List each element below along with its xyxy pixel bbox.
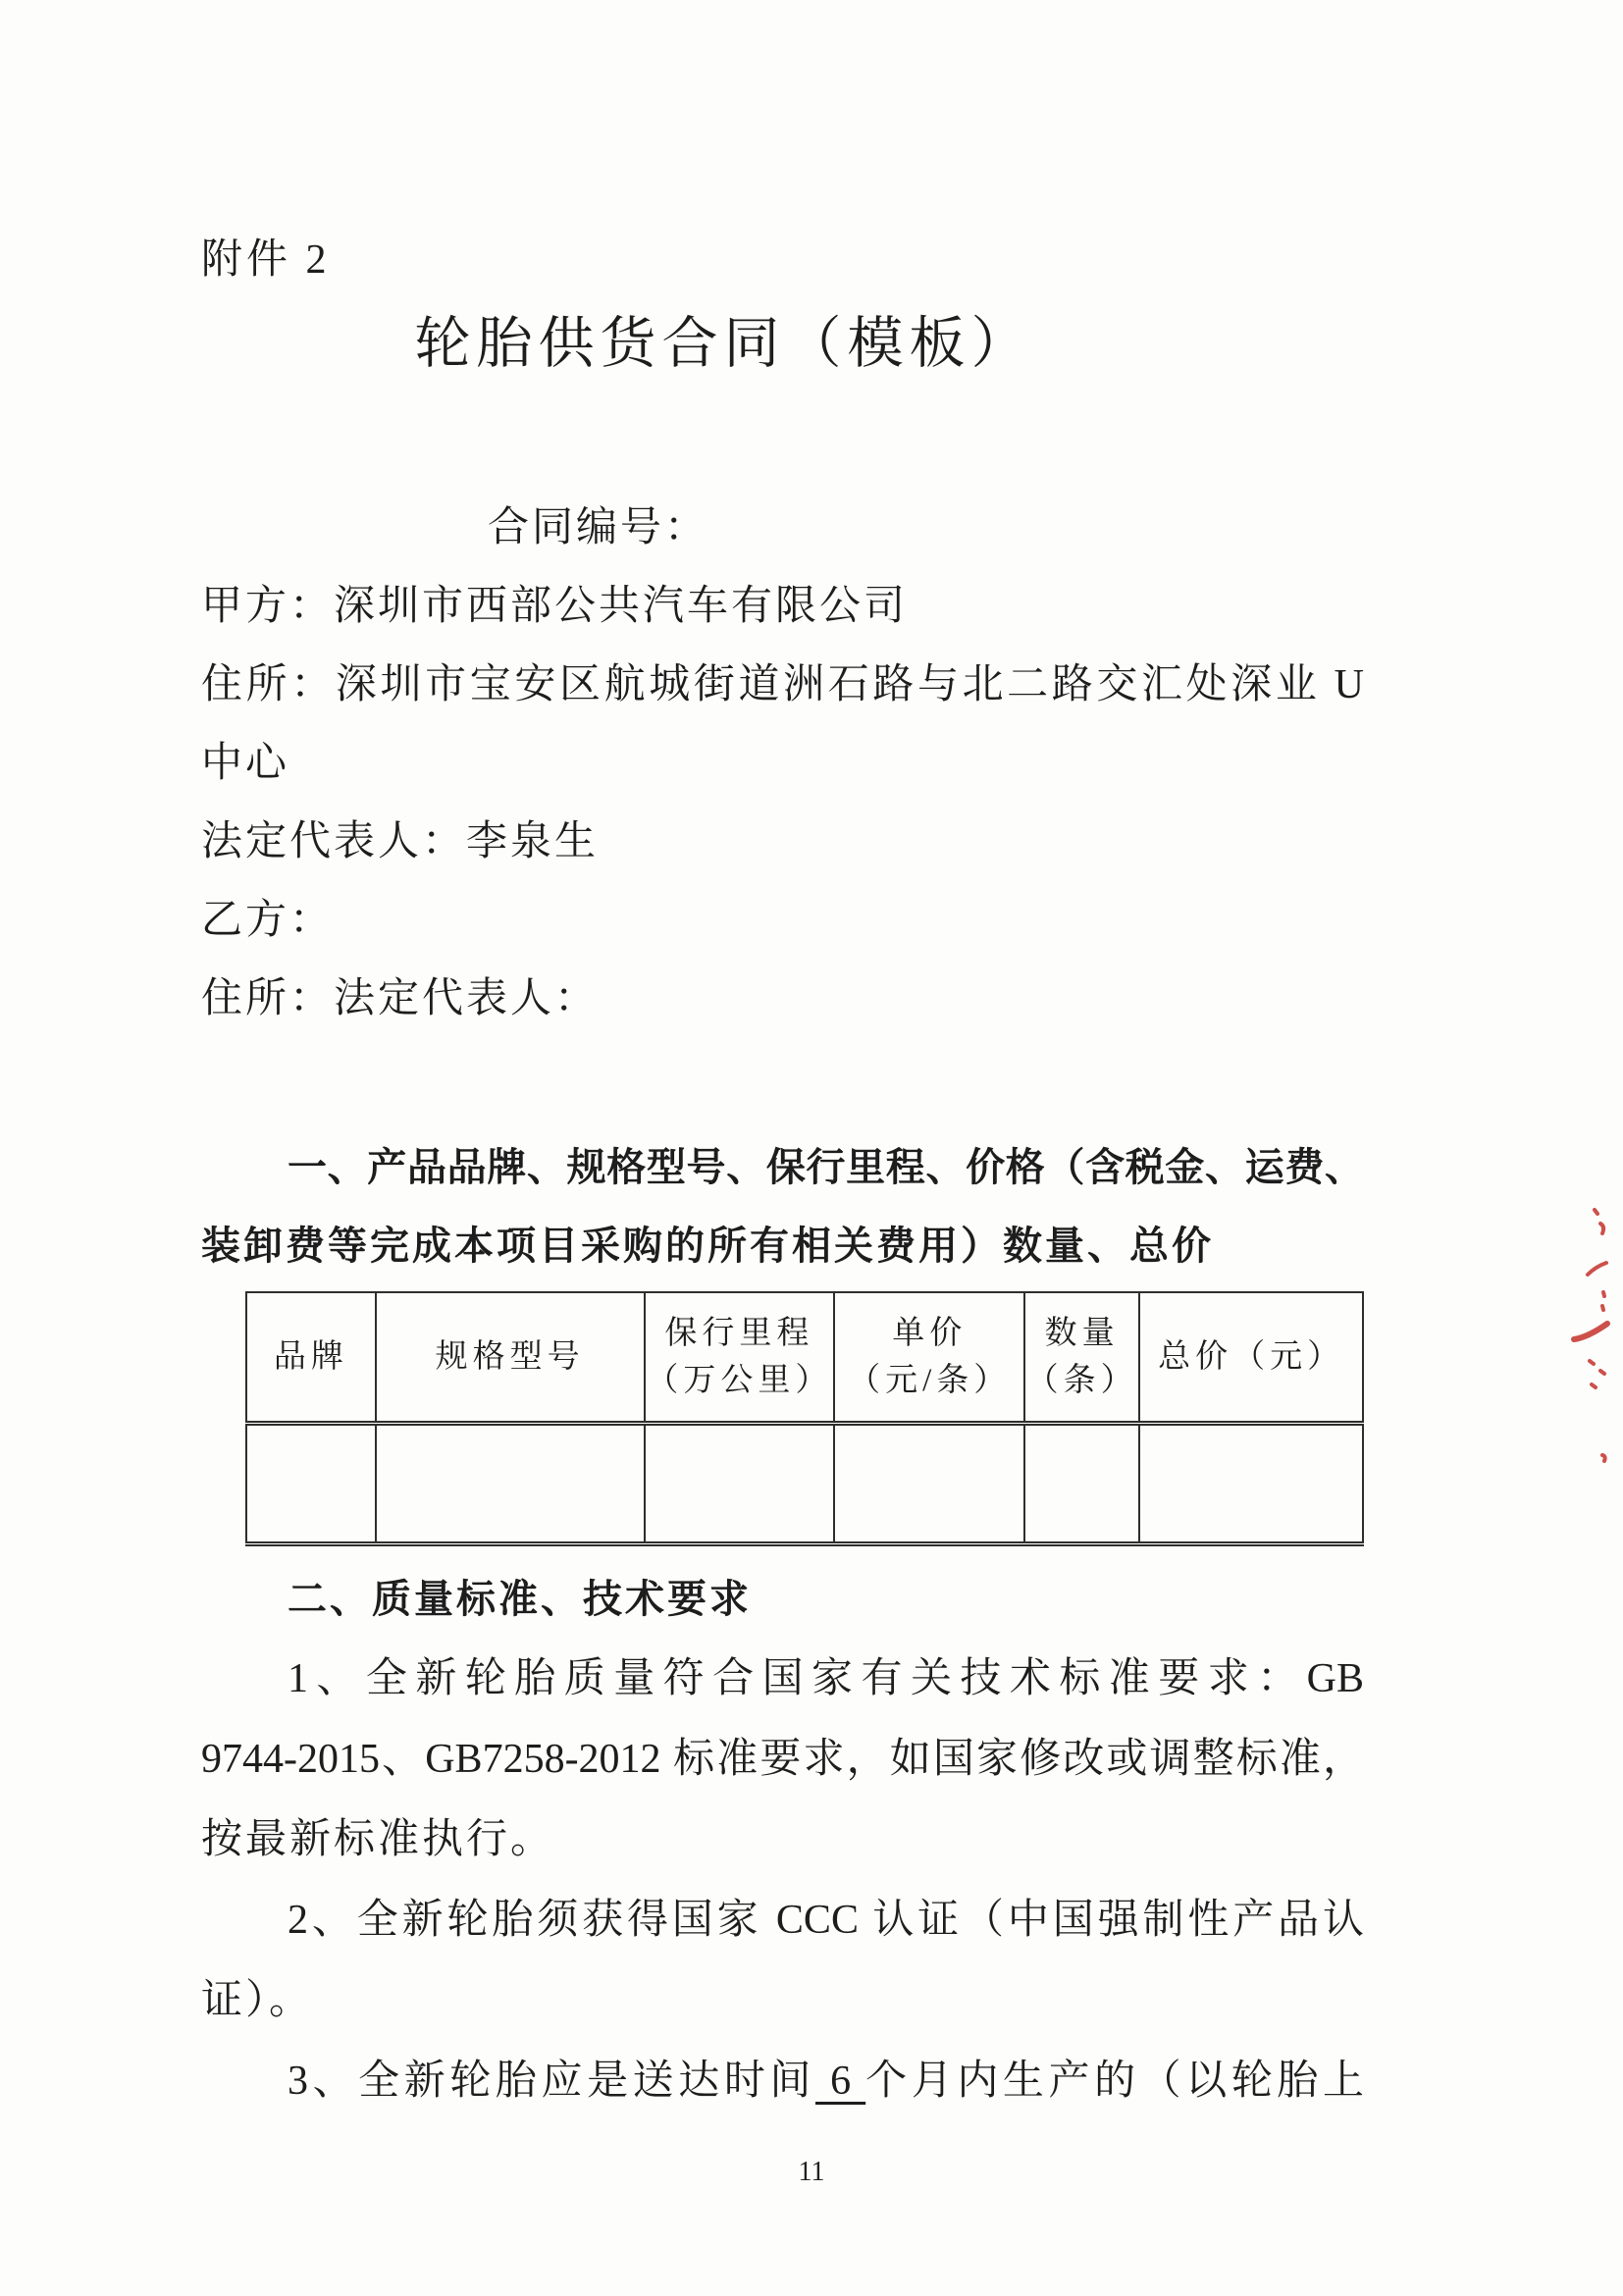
table-header-row: 品牌 规格型号 保行里程 （万公里） 单价 （元/条）	[246, 1292, 1363, 1424]
document-title: 轮胎供货合同（模板）	[201, 310, 1246, 379]
header-cell-warranty-mileage: 保行里程 （万公里）	[645, 1292, 835, 1424]
header-label: 单价	[835, 1310, 1023, 1357]
products-table: 品牌 规格型号 保行里程 （万公里） 单价 （元/条）	[245, 1291, 1364, 1546]
table-cell-empty	[1024, 1424, 1139, 1544]
para-3-prefix: 3、全新轮胎应是送达时间	[288, 2059, 815, 2104]
section-two-heading: 二、质量标准、技术要求	[201, 1560, 1364, 1639]
party-b-line: 乙方：	[201, 881, 1364, 960]
table-row	[246, 1424, 1363, 1544]
para-2-line-2: 证）。	[201, 1960, 1364, 2041]
para-1-line-1: 1、全新轮胎质量符合国家有关技术标准要求：GB	[201, 1639, 1364, 1719]
contract-number-label: 合同编号：	[201, 489, 1364, 567]
red-ink-marks	[1552, 1202, 1621, 1477]
header-label: 总价（元）	[1140, 1333, 1362, 1381]
header-label: （元/条）	[835, 1357, 1023, 1404]
header-label: 品牌	[247, 1333, 375, 1381]
party-a-address-line-1: 住所：深圳市宝安区航城街道洲石路与北二路交汇处深业 U	[201, 646, 1364, 724]
table-cell-empty	[645, 1424, 835, 1544]
table-cell-empty	[376, 1424, 645, 1544]
party-a-line: 甲方：深圳市西部公共汽车有限公司	[201, 567, 1364, 646]
header-label: （条）	[1025, 1357, 1138, 1404]
party-a-legal-rep-line: 法定代表人：李泉生	[201, 803, 1364, 881]
table-cell-empty	[834, 1424, 1024, 1544]
attachment-label: 附件 2	[201, 235, 1364, 285]
header-cell-unit-price: 单价 （元/条）	[834, 1292, 1024, 1424]
header-cell-quantity: 数量 （条）	[1024, 1292, 1139, 1424]
para-3-underlined-value: 6	[815, 2059, 865, 2104]
party-a-address-line-2: 中心	[201, 724, 1364, 803]
header-cell-spec-model: 规格型号	[376, 1292, 645, 1424]
header-label: （万公里）	[646, 1357, 834, 1404]
header-label: 数量	[1025, 1310, 1138, 1357]
para-2-line-1: 2、全新轮胎须获得国家 CCC 认证（中国强制性产品认	[201, 1880, 1364, 1960]
para-3-line-1: 3、全新轮胎应是送达时间 6 个月内生产的（以轮胎上	[201, 2041, 1364, 2121]
page-number: 11	[0, 2157, 1623, 2188]
para-1-line-2: 9744-2015、GB7258-2012 标准要求，如国家修改或调整标准，	[201, 1719, 1364, 1800]
page-content: 附件 2 轮胎供货合同（模板） 合同编号： 甲方：深圳市西部公共汽车有限公司 住…	[201, 235, 1364, 2121]
section-one-heading-line-1: 一、产品品牌、规格型号、保行里程、价格（含税金、运费、	[201, 1128, 1364, 1207]
table-cell-empty	[246, 1424, 376, 1544]
header-label: 保行里程	[646, 1310, 834, 1357]
header-cell-brand: 品牌	[246, 1292, 376, 1424]
section-one-heading-line-2: 装卸费等完成本项目采购的所有相关费用）数量、总价	[201, 1207, 1364, 1285]
contract-page: 附件 2 轮胎供货合同（模板） 合同编号： 甲方：深圳市西部公共汽车有限公司 住…	[0, 0, 1623, 2296]
table-cell-empty	[1139, 1424, 1363, 1544]
para-1-line-3: 按最新标准执行。	[201, 1800, 1364, 1880]
party-b-address-line: 住所：法定代表人：	[201, 960, 1364, 1038]
header-cell-total-price: 总价（元）	[1139, 1292, 1363, 1424]
header-label: 规格型号	[377, 1333, 644, 1381]
para-3-suffix: 个月内生产的（以轮胎上	[865, 2059, 1364, 2104]
